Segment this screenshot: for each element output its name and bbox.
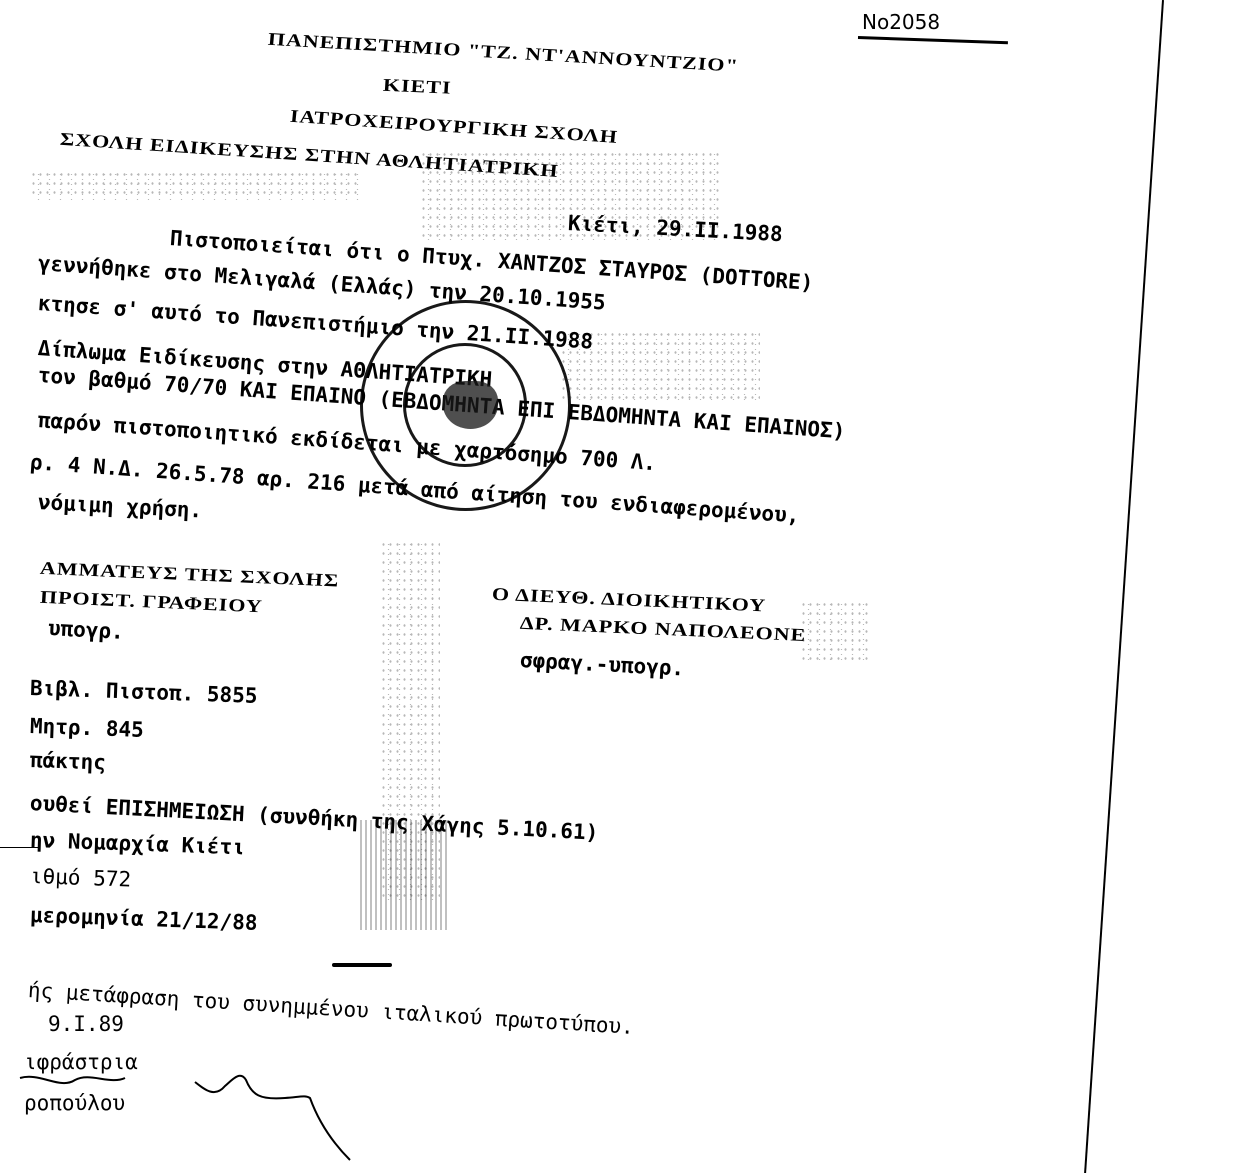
left-signatory-title-1: ΑΜΜΑΤΕΥΣ ΤΗΣ ΣΧΟΛΗΣ [39, 559, 339, 590]
left-signature-note: υπογρ. [47, 618, 124, 643]
translation-date: 9.Ι.89 [48, 1014, 124, 1035]
serial-underline [858, 36, 1008, 44]
registry-book: Βιβλ. Πιστοπ. 5855 [30, 678, 258, 707]
body-line-8: νόμιμη χρήση. [37, 492, 202, 522]
ink-smudge [360, 820, 450, 930]
header-university: ΠΑΝΕΠΙΣΤΗΜΙΟ "ΤΖ. ΝΤ'ΑΝΝΟΥΝΤΖΙΟ" [267, 30, 739, 75]
scanned-document-page: No2058 ΠΑΝΕΠΙΣΤΗΜΙΟ "ΤΖ. ΝΤ'ΑΝΝΟΥΝΤΖΙΟ" … [0, 0, 1235, 1173]
header-faculty: ΙΑΤΡΟΧΕΙΡΟΥΡΓΙΚΗ ΣΧΟΛΗ [289, 107, 619, 146]
annotation-line-2: ην Νομαρχία Κιέτι [30, 830, 246, 858]
annotation-line-4: μερομηνία 21/12/88 [30, 905, 258, 934]
serial-number: No2058 [862, 10, 940, 34]
scan-noise [30, 170, 360, 200]
scan-noise [380, 540, 440, 900]
scan-noise [800, 600, 870, 660]
registry-clerk: πάκτης [30, 750, 107, 774]
translator-surname: ροπούλου [24, 1093, 125, 1114]
place-date: Κιέτι, 29.ΙΙ.1988 [567, 213, 783, 245]
left-signatory-title-2: ΠΡΟΙΣΤ. ΓΡΑΦΕΙΟΥ [39, 588, 263, 616]
translator-role: ιφράστρια [24, 1052, 138, 1073]
registry-register: Μητρ. 845 [30, 716, 144, 741]
separator-mark [332, 963, 392, 967]
right-signatory-name: ΔΡ. ΜΑΡΚΟ ΝΑΠΟΛΕΟΝΕ [519, 614, 806, 644]
serial-number-text: No2058 [862, 10, 940, 34]
right-signature-note: σφραγ.-υπογρ. [519, 650, 684, 680]
official-seal-stamp [360, 300, 571, 511]
right-signatory-title: Ο ΔΙΕΥΘ. ΔΙΟΙΚΗΤΙΚΟΥ [491, 585, 766, 615]
header-city: ΚΙΕΤΙ [382, 76, 452, 97]
seal-emblem [443, 381, 498, 429]
scan-edge-line [1084, 0, 1164, 1173]
annotation-line-3: ιθμό 572 [30, 866, 132, 891]
